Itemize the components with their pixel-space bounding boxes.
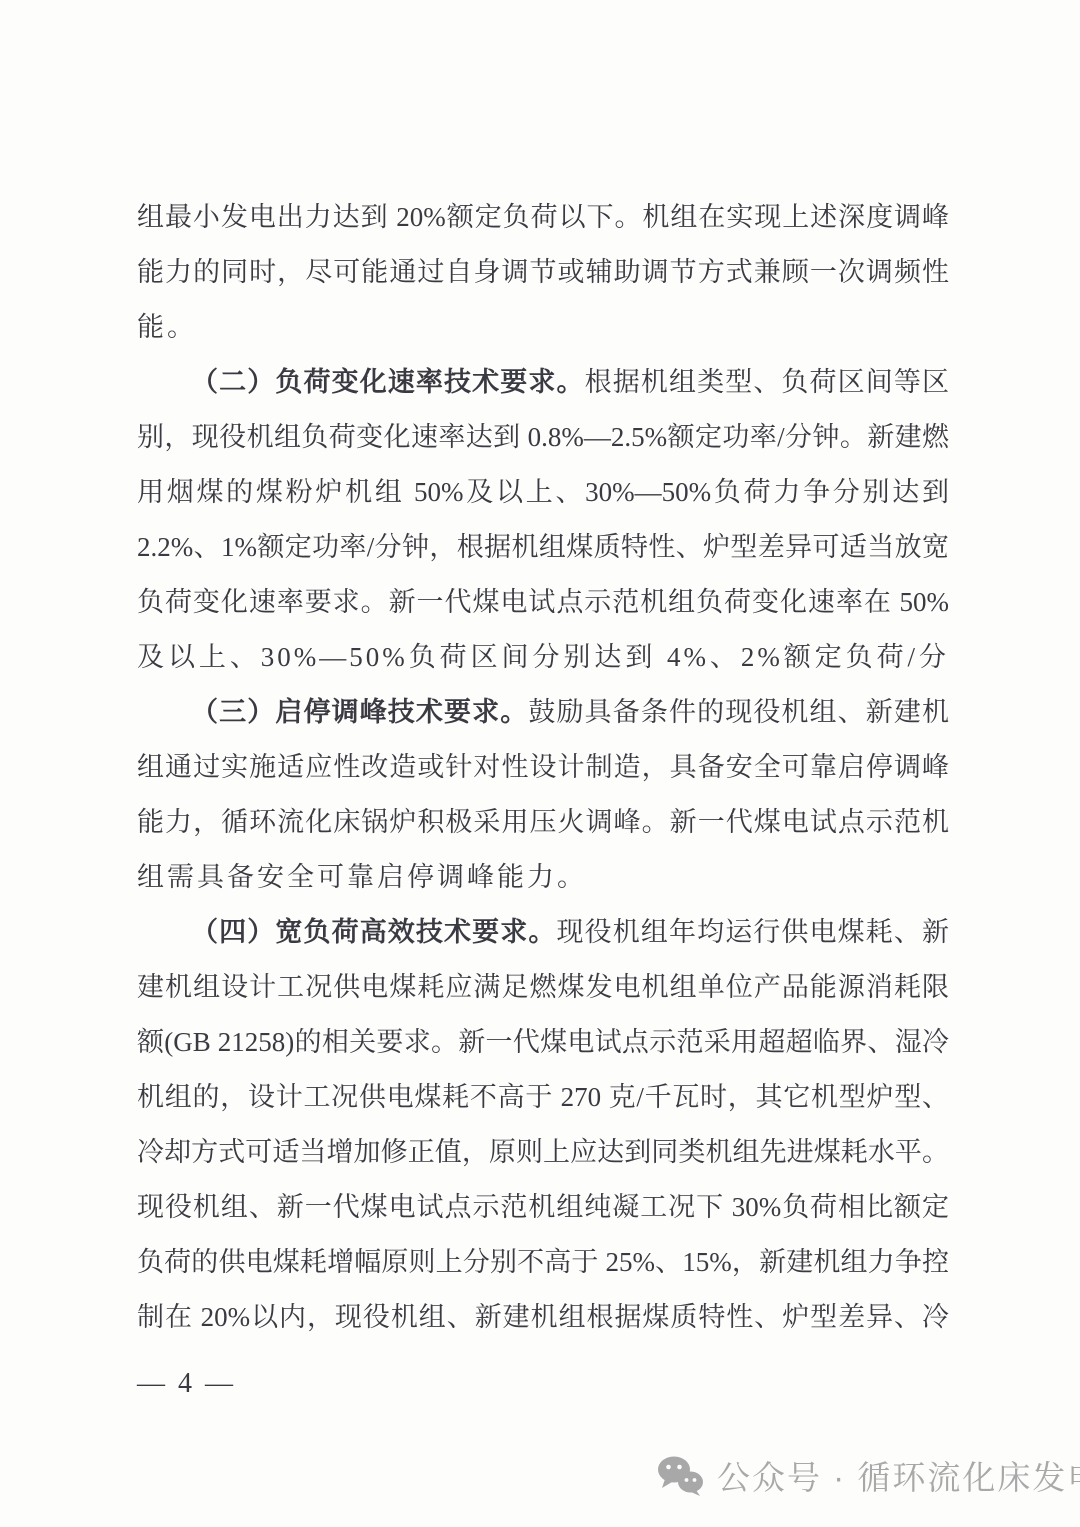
- text-line: 负荷的供电煤耗增幅原则上分别不高于 25%、15%，新建机组力争控: [137, 1235, 949, 1290]
- watermark: 公众号 · 循环流化床发电: [656, 1452, 1080, 1499]
- body-text: 能力，循环流化床锅炉积极采用压火调峰。新一代煤电试点示范机: [137, 807, 949, 837]
- text-line: 能。: [137, 300, 949, 355]
- text-line: 能力的同时，尽可能通过自身调节或辅助调节方式兼顾一次调频性: [137, 245, 949, 300]
- text-line: 组需具备安全可靠启停调峰能力。: [137, 850, 949, 905]
- body-text: 组需具备安全可靠启停调峰能力。: [137, 862, 587, 892]
- wechat-icon: [656, 1455, 704, 1497]
- body-text: 2.2%、1%额定功率/分钟，根据机组煤质特性、炉型差异可适当放宽: [137, 532, 949, 562]
- body-text: 组通过实施适应性改造或针对性设计制造，具备安全可靠启停调峰: [137, 752, 949, 782]
- body-text: 现役机组年均运行供电煤耗、新: [557, 917, 950, 947]
- body-text: 别，现役机组负荷变化速率达到 0.8%—2.5%额定功率/分钟。新建燃: [137, 422, 949, 452]
- page-number: — 4 —: [137, 1368, 236, 1400]
- body-text: 及以上、30%—50%负荷区间分别达到 4%、2%额定负荷/分钟。: [137, 642, 949, 685]
- text-line: 现役机组、新一代煤电试点示范机组纯凝工况下 30%负荷相比额定: [137, 1180, 949, 1235]
- body-text: 制在 20%以内，现役机组、新建机组根据煤质特性、炉型差异、冷: [137, 1302, 949, 1332]
- body-text: 能。: [137, 312, 197, 342]
- document-page: 组最小发电出力达到 20%额定负荷以下。机组在实现上述深度调峰能力的同时，尽可能…: [0, 0, 1080, 1527]
- text-line: （四）宽负荷高效技术要求。现役机组年均运行供电煤耗、新: [137, 905, 949, 960]
- body-text: 负荷的供电煤耗增幅原则上分别不高于 25%、15%，新建机组力争控: [137, 1247, 949, 1277]
- text-line: 制在 20%以内，现役机组、新建机组根据煤质特性、炉型差异、冷: [137, 1290, 949, 1345]
- text-line: 组通过实施适应性改造或针对性设计制造，具备安全可靠启停调峰: [137, 740, 949, 795]
- body-text: 组最小发电出力达到 20%额定负荷以下。机组在实现上述深度调峰: [137, 202, 949, 232]
- body-text: 机组的，设计工况供电煤耗不高于 270 克/千瓦时，其它机型炉型、: [137, 1082, 949, 1112]
- body-text: 冷却方式可适当增加修正值，原则上应达到同类机组先进煤耗水平。: [137, 1137, 949, 1167]
- text-line: 能力，循环流化床锅炉积极采用压火调峰。新一代煤电试点示范机: [137, 795, 949, 850]
- text-line: 机组的，设计工况供电煤耗不高于 270 克/千瓦时，其它机型炉型、: [137, 1070, 949, 1125]
- text-line: 冷却方式可适当增加修正值，原则上应达到同类机组先进煤耗水平。: [137, 1125, 949, 1180]
- document-body: 组最小发电出力达到 20%额定负荷以下。机组在实现上述深度调峰能力的同时，尽可能…: [137, 190, 949, 1345]
- body-text: 现役机组、新一代煤电试点示范机组纯凝工况下 30%负荷相比额定: [137, 1192, 949, 1222]
- body-text: 能力的同时，尽可能通过自身调节或辅助调节方式兼顾一次调频性: [137, 257, 949, 287]
- text-line: 2.2%、1%额定功率/分钟，根据机组煤质特性、炉型差异可适当放宽: [137, 520, 949, 575]
- text-line: 用烟煤的煤粉炉机组 50%及以上、30%—50%负荷力争分别达到: [137, 465, 949, 520]
- body-text: 用烟煤的煤粉炉机组 50%及以上、30%—50%负荷力争分别达到: [137, 477, 949, 507]
- text-line: 负荷变化速率要求。新一代煤电试点示范机组负荷变化速率在 50%: [137, 575, 949, 630]
- text-line: （二）负荷变化速率技术要求。根据机组类型、负荷区间等区: [137, 355, 949, 410]
- text-line: 额(GB 21258)的相关要求。新一代煤电试点示范采用超超临界、湿冷: [137, 1015, 949, 1070]
- body-text: 建机组设计工况供电煤耗应满足燃煤发电机组单位产品能源消耗限: [137, 972, 949, 1002]
- section-heading: （二）负荷变化速率技术要求。: [191, 367, 585, 397]
- section-heading: （三）启停调峰技术要求。: [191, 697, 528, 727]
- text-line: 及以上、30%—50%负荷区间分别达到 4%、2%额定负荷/分钟。: [137, 630, 949, 685]
- body-text: 鼓励具备条件的现役机组、新建机: [528, 697, 949, 727]
- body-text: 根据机组类型、负荷区间等区: [585, 367, 949, 397]
- body-text: 额(GB 21258)的相关要求。新一代煤电试点示范采用超超临界、湿冷: [137, 1027, 949, 1057]
- text-line: 别，现役机组负荷变化速率达到 0.8%—2.5%额定功率/分钟。新建燃: [137, 410, 949, 465]
- watermark-label: 公众号 · 循环流化床发电: [717, 1452, 1080, 1499]
- text-line: 组最小发电出力达到 20%额定负荷以下。机组在实现上述深度调峰: [137, 190, 949, 245]
- text-line: （三）启停调峰技术要求。鼓励具备条件的现役机组、新建机: [137, 685, 949, 740]
- body-text: 负荷变化速率要求。新一代煤电试点示范机组负荷变化速率在 50%: [137, 587, 949, 617]
- section-heading: （四）宽负荷高效技术要求。: [191, 917, 557, 947]
- text-line: 建机组设计工况供电煤耗应满足燃煤发电机组单位产品能源消耗限: [137, 960, 949, 1015]
